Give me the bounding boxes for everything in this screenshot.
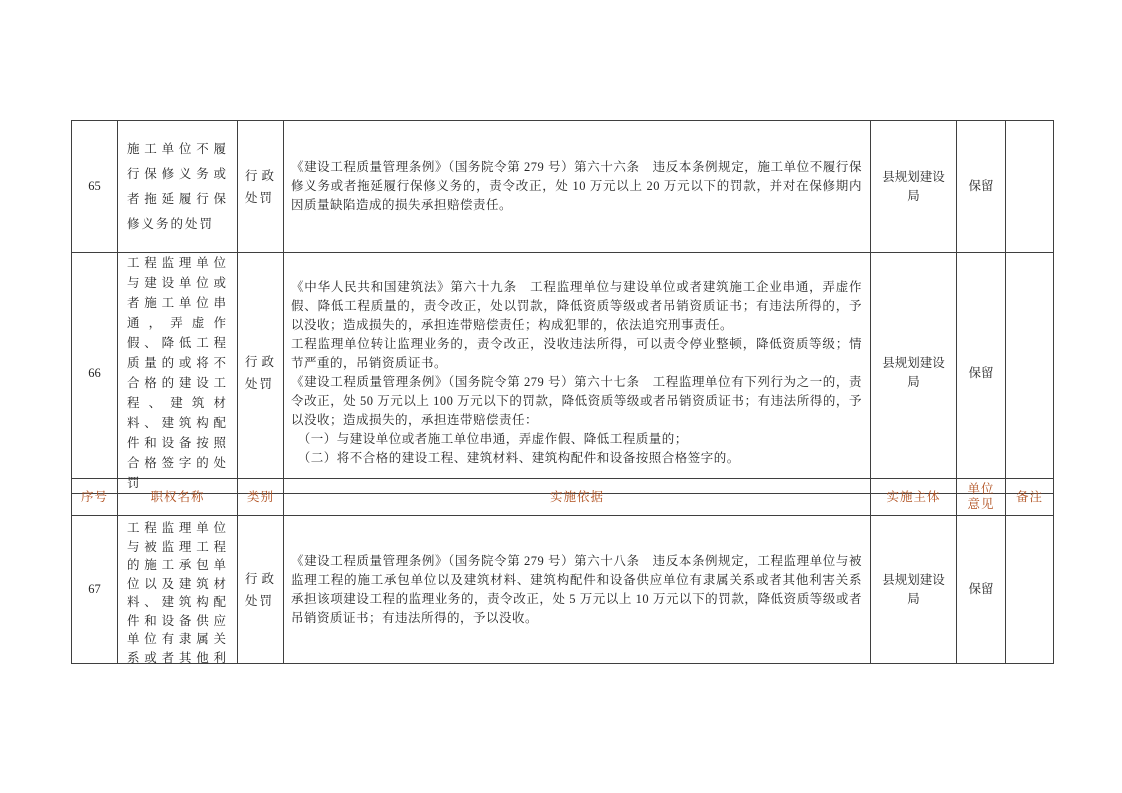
cell-legal-basis: 《中华人民共和国建筑法》第六十九条 工程监理单位与建设单位或者建筑施工企业串通，… bbox=[284, 253, 871, 494]
table-header-row: 序号 职权名称 类别 实施依据 实施主体 单位意见 备注 bbox=[72, 479, 1054, 516]
power-name-clipped-text: 工程监理单位与被监理工程的施工承包单位以及建筑材料、建筑构配件和设备供应单位有隶… bbox=[127, 519, 228, 663]
cell-remark bbox=[1006, 253, 1054, 494]
header-power-name: 职权名称 bbox=[118, 479, 238, 516]
cell-legal-basis: 《建设工程质量管理条例》（国务院令第 279 号）第六十六条 违反本条例规定，施… bbox=[284, 121, 871, 253]
cell-remark bbox=[1006, 121, 1054, 253]
table-row-65: 65 施工单位不履行保修义务或者拖延履行保修义务的处罚 行政处罚 《建设工程质量… bbox=[72, 121, 1054, 253]
cell-implementing-body: 县规划建设局 bbox=[871, 253, 957, 494]
header-serial-number: 序号 bbox=[72, 479, 118, 516]
cell-implementing-body: 县规划建设局 bbox=[871, 516, 957, 664]
header-category: 类别 bbox=[238, 479, 284, 516]
table-row-67: 67 工程监理单位与被监理工程的施工承包单位以及建筑材料、建筑构配件和设备供应单… bbox=[72, 516, 1054, 664]
cell-legal-basis: 《建设工程质量管理条例》（国务院令第 279 号）第六十八条 违反本条例规定，工… bbox=[284, 516, 871, 664]
cell-category: 行政处罚 bbox=[238, 516, 284, 664]
cell-unit-opinion: 保留 bbox=[957, 121, 1006, 253]
cell-category: 行政处罚 bbox=[238, 253, 284, 494]
cell-category: 行政处罚 bbox=[238, 121, 284, 253]
powers-table-upper: 65 施工单位不履行保修义务或者拖延履行保修义务的处罚 行政处罚 《建设工程质量… bbox=[71, 120, 1054, 494]
cell-implementing-body: 县规划建设局 bbox=[871, 121, 957, 253]
document-page: 65 施工单位不履行保修义务或者拖延履行保修义务的处罚 行政处罚 《建设工程质量… bbox=[0, 0, 1122, 793]
table-row-66: 66 工程监理单位与建设单位或者施工单位串通，弄虚作假、降低工程质量的或将不合格… bbox=[72, 253, 1054, 494]
header-legal-basis: 实施依据 bbox=[284, 479, 871, 516]
cell-remark bbox=[1006, 516, 1054, 664]
cell-power-name: 工程监理单位与被监理工程的施工承包单位以及建筑材料、建筑构配件和设备供应单位有隶… bbox=[118, 516, 238, 664]
cell-serial-number: 67 bbox=[72, 516, 118, 664]
cell-unit-opinion: 保留 bbox=[957, 253, 1006, 494]
header-implementing-body: 实施主体 bbox=[871, 479, 957, 516]
cell-serial-number: 65 bbox=[72, 121, 118, 253]
legal-basis-text: 《中华人民共和国建筑法》第六十九条 工程监理单位与建设单位或者建筑施工企业串通，… bbox=[291, 278, 862, 468]
header-unit-opinion: 单位意见 bbox=[957, 479, 1006, 516]
cell-serial-number: 66 bbox=[72, 253, 118, 494]
legal-basis-text: 《建设工程质量管理条例》（国务院令第 279 号）第六十八条 违反本条例规定，工… bbox=[291, 552, 862, 628]
cell-unit-opinion: 保留 bbox=[957, 516, 1006, 664]
header-remark: 备注 bbox=[1006, 479, 1054, 516]
cell-power-name: 施工单位不履行保修义务或者拖延履行保修义务的处罚 bbox=[118, 121, 238, 253]
cell-power-name: 工程监理单位与建设单位或者施工单位串通，弄虚作假、降低工程质量的或将不合格的建设… bbox=[118, 253, 238, 494]
legal-basis-text: 《建设工程质量管理条例》（国务院令第 279 号）第六十六条 违反本条例规定，施… bbox=[291, 158, 862, 215]
powers-table-lower: 序号 职权名称 类别 实施依据 实施主体 单位意见 备注 67 工程监理单位与被… bbox=[71, 478, 1054, 664]
